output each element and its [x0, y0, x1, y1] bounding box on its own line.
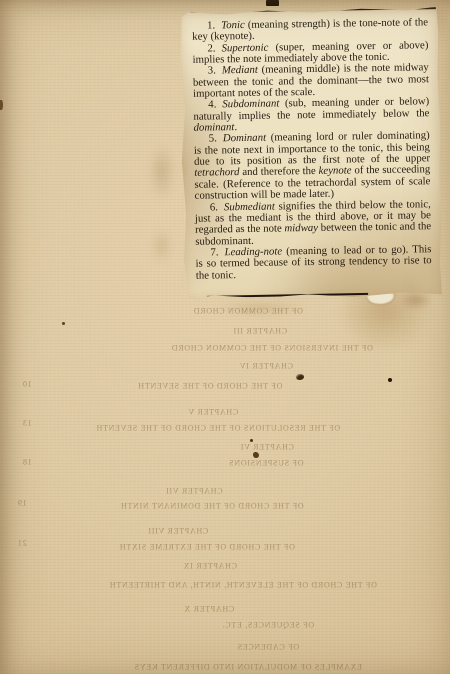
- italic-term: midway: [284, 222, 318, 234]
- ghost-text-line: OF THE CHORD OF THE SEVENTH: [138, 382, 283, 391]
- ghost-text-line: OF THE CHORD OF THE EXTREME SIXTH: [119, 543, 295, 552]
- ghost-text-line: CHAPTER VI: [240, 443, 294, 452]
- ghost-text-line: OF CADENCES: [237, 643, 299, 652]
- ghost-text-line: OF THE CHORD OF THE ELEVENTH, NINTH, AND…: [109, 581, 377, 590]
- clipping-paragraph: 3.Mediant (meaning middle) is the note m…: [193, 63, 429, 101]
- book-page: OF THE COMMON CHORDCHAPTER IIIOF THE INV…: [0, 0, 450, 674]
- pasted-clipping: 1.Tonic (meaning strength) is the tone-n…: [179, 6, 443, 301]
- ghost-text-line: CHAPTER VIII: [148, 527, 208, 536]
- ghost-text-line: CHAPTER X: [184, 605, 235, 614]
- clipping-paragraphs: 1.Tonic (meaning strength) is the tone-n…: [179, 6, 443, 301]
- ghost-text-line: OF THE CHORD OF THE DOMINANT NINTH: [120, 502, 303, 511]
- ghost-text-line: OF THE INVERSIONS OF THE COMMON CHORD: [171, 344, 373, 353]
- ghost-text-line: 19: [17, 499, 26, 508]
- clipping-paragraph: 5.Dominant (meaning lord or ruler domina…: [194, 131, 431, 203]
- ghost-text-line: 21: [17, 539, 26, 548]
- ghost-text-line: OF SUSPENSIONS: [229, 459, 304, 468]
- ghost-text-line: EXAMPLES OF MODULATION INTO DIFFERENT KE…: [134, 663, 362, 672]
- ghost-text-line: OF THE COMMON CHORD: [193, 307, 303, 316]
- text-segment: .: [234, 121, 237, 133]
- ghost-text-line: CHAPTER IV: [239, 362, 293, 371]
- ghost-text-line: CHAPTER V: [188, 408, 238, 417]
- clipping-paragraph: 6.Submediant signifies the third below t…: [195, 199, 432, 248]
- ghost-text-line: OF SEQUENCES, ETC.: [222, 621, 314, 630]
- clipping-paragraph: 4.Subdominant (sub, meaning under or bel…: [193, 97, 429, 135]
- ghost-text-line: CHAPTER VII: [165, 487, 222, 496]
- ghost-text-line: OF THE RESOLUTIONS OF THE CHORD OF THE S…: [96, 424, 340, 433]
- ghost-text-line: 10: [22, 380, 31, 389]
- ghost-text-line: CHAPTER IX: [183, 562, 237, 571]
- ghost-text-line: 13: [22, 419, 31, 428]
- ghost-text-line: 18: [22, 458, 31, 467]
- clipping-paragraph: 7.Leading-note (meaning to lead or to go…: [195, 244, 431, 282]
- ghost-text-line: CHAPTER III: [233, 327, 287, 336]
